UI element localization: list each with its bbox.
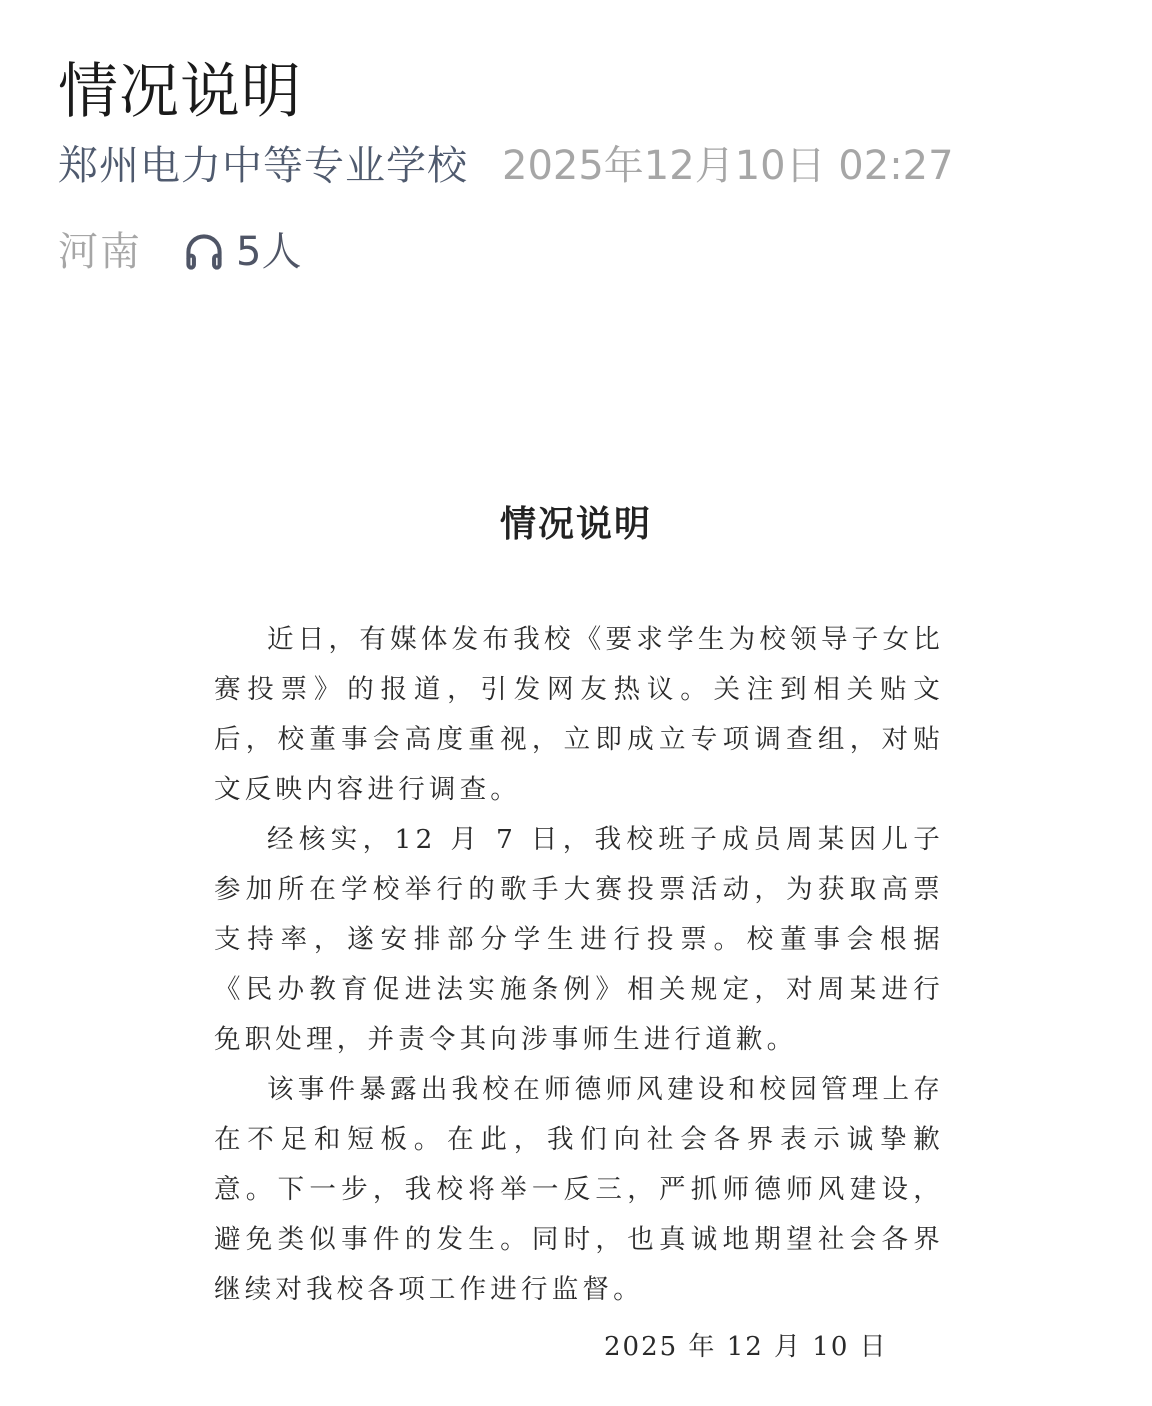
headphones-icon	[182, 230, 226, 274]
listen-button[interactable]: 5人	[182, 224, 301, 280]
document-paragraph: 该事件暴露出我校在师德师风建设和校园管理上存在不足和短板。在此，我们向社会各界表…	[214, 1065, 944, 1315]
document-body: 近日，有媒体发布我校《要求学生为校领导子女比赛投票》的报道，引发网友热议。关注到…	[214, 615, 944, 1315]
listen-count: 5人	[236, 224, 301, 280]
document-paragraph: 经核实，12 月 7 日，我校班子成员周某因儿子参加所在学校举行的歌手大赛投票活…	[214, 815, 944, 1065]
document-title: 情况说明	[0, 500, 1152, 550]
location: 河南	[58, 224, 142, 280]
document-image: 情况说明 近日，有媒体发布我校《要求学生为校领导子女比赛投票》的报道，引发网友热…	[0, 300, 1152, 1406]
author-name[interactable]: 郑州电力中等专业学校	[58, 138, 468, 194]
document-paragraph: 近日，有媒体发布我校《要求学生为校领导子女比赛投票》的报道，引发网友热议。关注到…	[214, 615, 944, 815]
publish-time: 2025年12月10日 02:27	[502, 138, 954, 194]
article-meta-secondary: 河南 5人	[58, 224, 301, 280]
document-date: 2025 年 12 月 10 日	[604, 1327, 888, 1367]
article-title: 情况说明	[58, 54, 302, 130]
article-meta: 郑州电力中等专业学校 2025年12月10日 02:27	[58, 138, 954, 194]
